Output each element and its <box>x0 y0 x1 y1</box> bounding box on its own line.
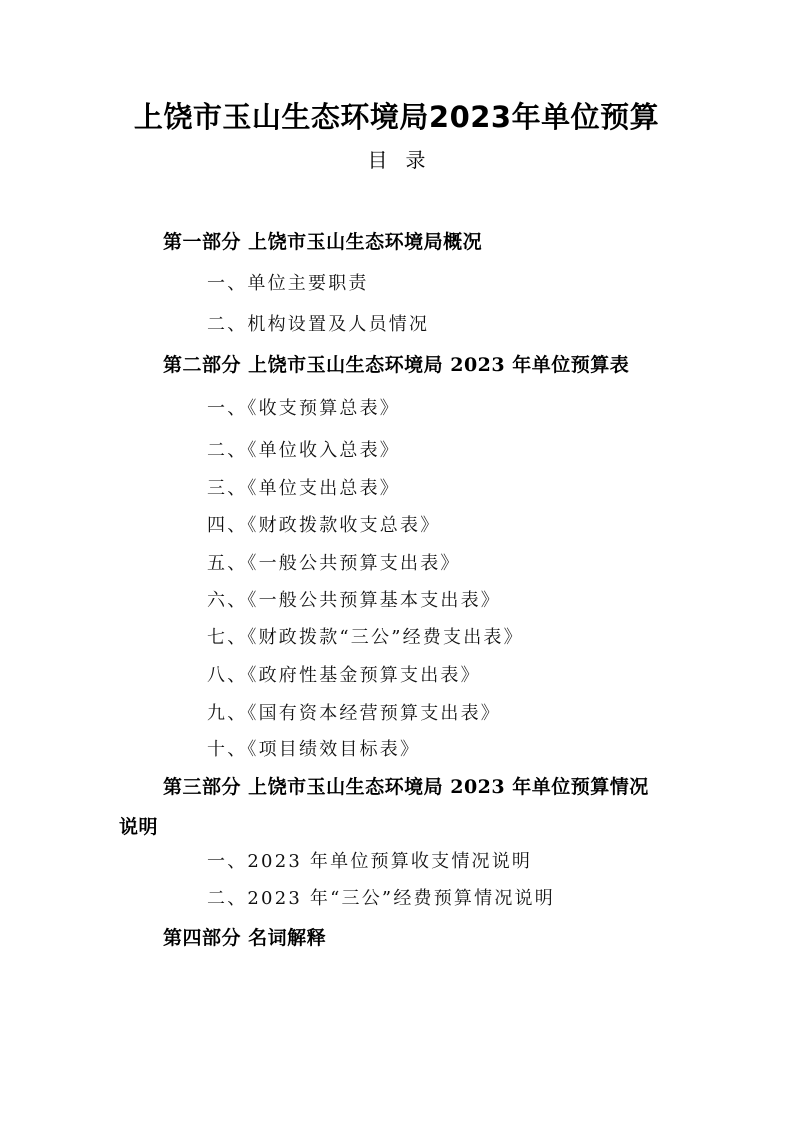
document-title: 上饶市玉山生态环境局2023年单位预算 <box>0 103 793 132</box>
toc-item-2-8[interactable]: 八、《政府性基金预算支出表》 <box>207 667 481 685</box>
toc-item-1-1[interactable]: 一、单位主要职责 <box>207 275 369 293</box>
toc-item-2-5[interactable]: 五、《一般公共预算支出表》 <box>207 555 461 573</box>
toc-item-2-10[interactable]: 十、《项目绩效目标表》 <box>207 741 420 759</box>
toc-heading-char-2: 录 <box>406 150 426 170</box>
toc-part-4[interactable]: 第四部分 名词解释 <box>163 929 326 948</box>
toc-item-1-2[interactable]: 二、机构设置及人员情况 <box>207 316 429 334</box>
toc-heading-char-1: 目 <box>368 150 388 170</box>
toc-item-2-2[interactable]: 二、《单位收入总表》 <box>207 442 400 460</box>
toc-item-2-1[interactable]: 一、《收支预算总表》 <box>207 400 400 418</box>
toc-item-2-7[interactable]: 七、《财政拨款“三公”经费支出表》 <box>207 629 524 647</box>
toc-item-2-9[interactable]: 九、《国有资本经营预算支出表》 <box>207 705 501 723</box>
toc-item-2-6[interactable]: 六、《一般公共预算基本支出表》 <box>207 592 501 610</box>
toc-part-1[interactable]: 第一部分 上饶市玉山生态环境局概况 <box>163 233 482 252</box>
toc-item-2-3[interactable]: 三、《单位支出总表》 <box>207 480 400 498</box>
toc-item-3-2[interactable]: 二、2023 年“三公”经费预算情况说明 <box>207 890 555 908</box>
toc-part-2[interactable]: 第二部分 上饶市玉山生态环境局 2023 年单位预算表 <box>163 356 629 375</box>
toc-part-3[interactable]: 第三部分 上饶市玉山生态环境局 2023 年单位预算情况 <box>163 778 649 797</box>
toc-item-3-1[interactable]: 一、2023 年单位预算收支情况说明 <box>207 853 532 871</box>
toc-part-3-continued[interactable]: 说明 <box>119 818 158 837</box>
toc-heading: 目录 <box>0 150 793 170</box>
toc-item-2-4[interactable]: 四、《财政拨款收支总表》 <box>207 517 440 535</box>
